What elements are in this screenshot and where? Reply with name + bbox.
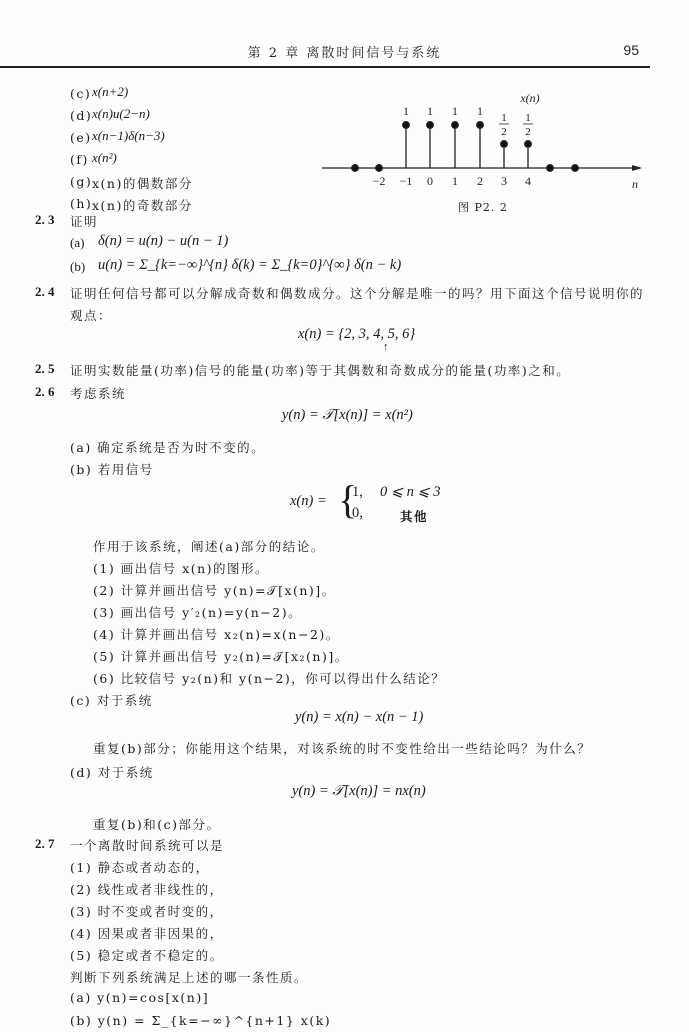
problem-text: 一个离散时间系统可以是 [70,836,224,854]
list-item: (h) [70,196,92,211]
svg-text:1: 1 [452,104,458,118]
property-item: (5) 稳定或者不稳定的。 [70,946,224,964]
chapter-header-title: 第 2 章 离散时间信号与系统 [0,42,689,61]
list-item: (g) [70,174,92,189]
list-item: (d) [70,108,92,123]
svg-text:1: 1 [477,104,483,118]
sub-question: (a) 确定系统是否为时不变的。 [70,438,265,456]
property-item: (1) 静态或者动态的， [70,858,210,876]
step-item: (5) 计算并画出信号 y₂(n)=𝒯[x₂(n)]。 [93,647,349,665]
equation: u(n) = Σ_{k=−∞}^{n} δ(k) = Σ_{k=0}^{∞} δ… [98,257,401,274]
svg-text:n: n [632,177,638,191]
svg-text:1: 1 [427,104,433,118]
x-axis [322,165,642,171]
list-item-expr: x(n)u(2−n) [92,106,150,122]
equation: x(n) = {2, 3, 4, 5, 6} [298,326,415,343]
equation: y(n) = 𝒯[x(n)] = nx(n) [292,783,426,800]
svg-text:1: 1 [403,104,409,118]
problem-text: 观点： [70,306,112,324]
equation: δ(n) = u(n) − u(n − 1) [98,233,228,250]
svg-text:1: 1 [525,112,531,124]
page-number: 95 [623,42,639,58]
svg-text:0: 0 [427,174,433,188]
list-item-expr: x(n−1)δ(n−3) [92,128,165,144]
svg-text:2: 2 [477,174,483,188]
problem-text: 作用于该系统，阐述(a)部分的结论。 [93,537,325,555]
property-item: (2) 线性或者非线性的， [70,880,224,898]
problem-text: 证明任何信号都可以分解成奇数和偶数成分。这个分解是唯一的吗？用下面这个信号说明你… [70,284,644,302]
sub-question: (c) 对于系统 [70,691,153,709]
problem-number: 2. 5 [35,361,55,377]
sub-question: (a) y(n)=cos[x(n)] [70,990,209,1005]
svg-text:4: 4 [525,174,531,188]
equation: y(n) = 𝒯[x(n)] = x(n²) [282,407,413,424]
problem-text: 证明 [70,212,98,230]
property-item: (4) 因果或者非因果的， [70,924,224,942]
list-item: (e) [70,130,92,145]
step-item: (1) 画出信号 x(n)的图形。 [93,559,269,577]
piece-condition: 0 ⩽ n ⩽ 3 [380,484,441,501]
sub-question: (b) y(n) = Σ_{k=−∞}^{n+1} x(k) [70,1013,331,1028]
problem-number: 2. 3 [35,212,55,228]
step-item: (4) 计算并画出信号 x₂(n)=x(n−2)。 [93,625,340,643]
sub-question: (d) 对于系统 [70,763,154,781]
svg-text:2: 2 [525,126,531,138]
svg-text:x(n): x(n) [519,91,539,105]
sub-label: (b) [70,259,85,275]
svg-text:3: 3 [501,174,507,188]
sub-label: (a) [70,235,84,251]
problem-text: 证明实数能量(功率)信号的能量(功率)等于其偶数和奇数成分的能量(功率)之和。 [70,361,570,379]
step-item: (6) 比较信号 y₂(n)和 y(n−2)，你可以得出什么结论？ [93,669,445,687]
list-item: (c) [70,86,91,101]
problem-text: 考虑系统 [70,384,126,402]
piecewise-lhs: x(n) = [290,493,327,510]
svg-text:−1: −1 [400,174,413,188]
list-item-text: x(n)的偶数部分 [92,174,193,192]
list-item: (f) [70,152,89,167]
problem-number: 2. 7 [35,836,55,852]
svg-text:1: 1 [452,174,458,188]
svg-text:1: 1 [501,112,507,124]
property-item: (3) 时不变或者时变的， [70,902,224,920]
sub-question: (b) 若用信号 [70,460,154,478]
list-item-text: x(n)的奇数部分 [92,196,193,214]
piece-value: 0, [352,505,363,522]
problem-number: 2. 6 [35,384,55,400]
equation: y(n) = x(n) − x(n − 1) [295,709,423,726]
header-rule [0,66,650,68]
step-item: (2) 计算并画出信号 y(n)=𝒯[x(n)]。 [93,581,336,599]
origin-arrow: ↑ [383,341,389,353]
problem-text: 重复(b)和(c)部分。 [93,815,221,833]
piece-condition: 其他 [400,507,428,525]
list-item-expr: x(n²) [92,150,117,166]
list-item-expr: x(n+2) [92,84,128,100]
piece-value: 1, [352,484,363,501]
svg-text:−2: −2 [373,174,386,188]
svg-text:2: 2 [501,126,507,138]
problem-number: 2. 4 [35,284,55,300]
problem-text: 重复(b)部分；你能用这个结果，对该系统的时不变性给出一些结论吗？为什么？ [93,739,591,757]
problem-text: 判断下列系统满足上述的哪一条性质。 [70,968,308,986]
figure-caption: 图 P2. 2 [458,199,508,215]
step-item: (3) 画出信号 y′₂(n)=y(n−2)。 [93,603,302,621]
